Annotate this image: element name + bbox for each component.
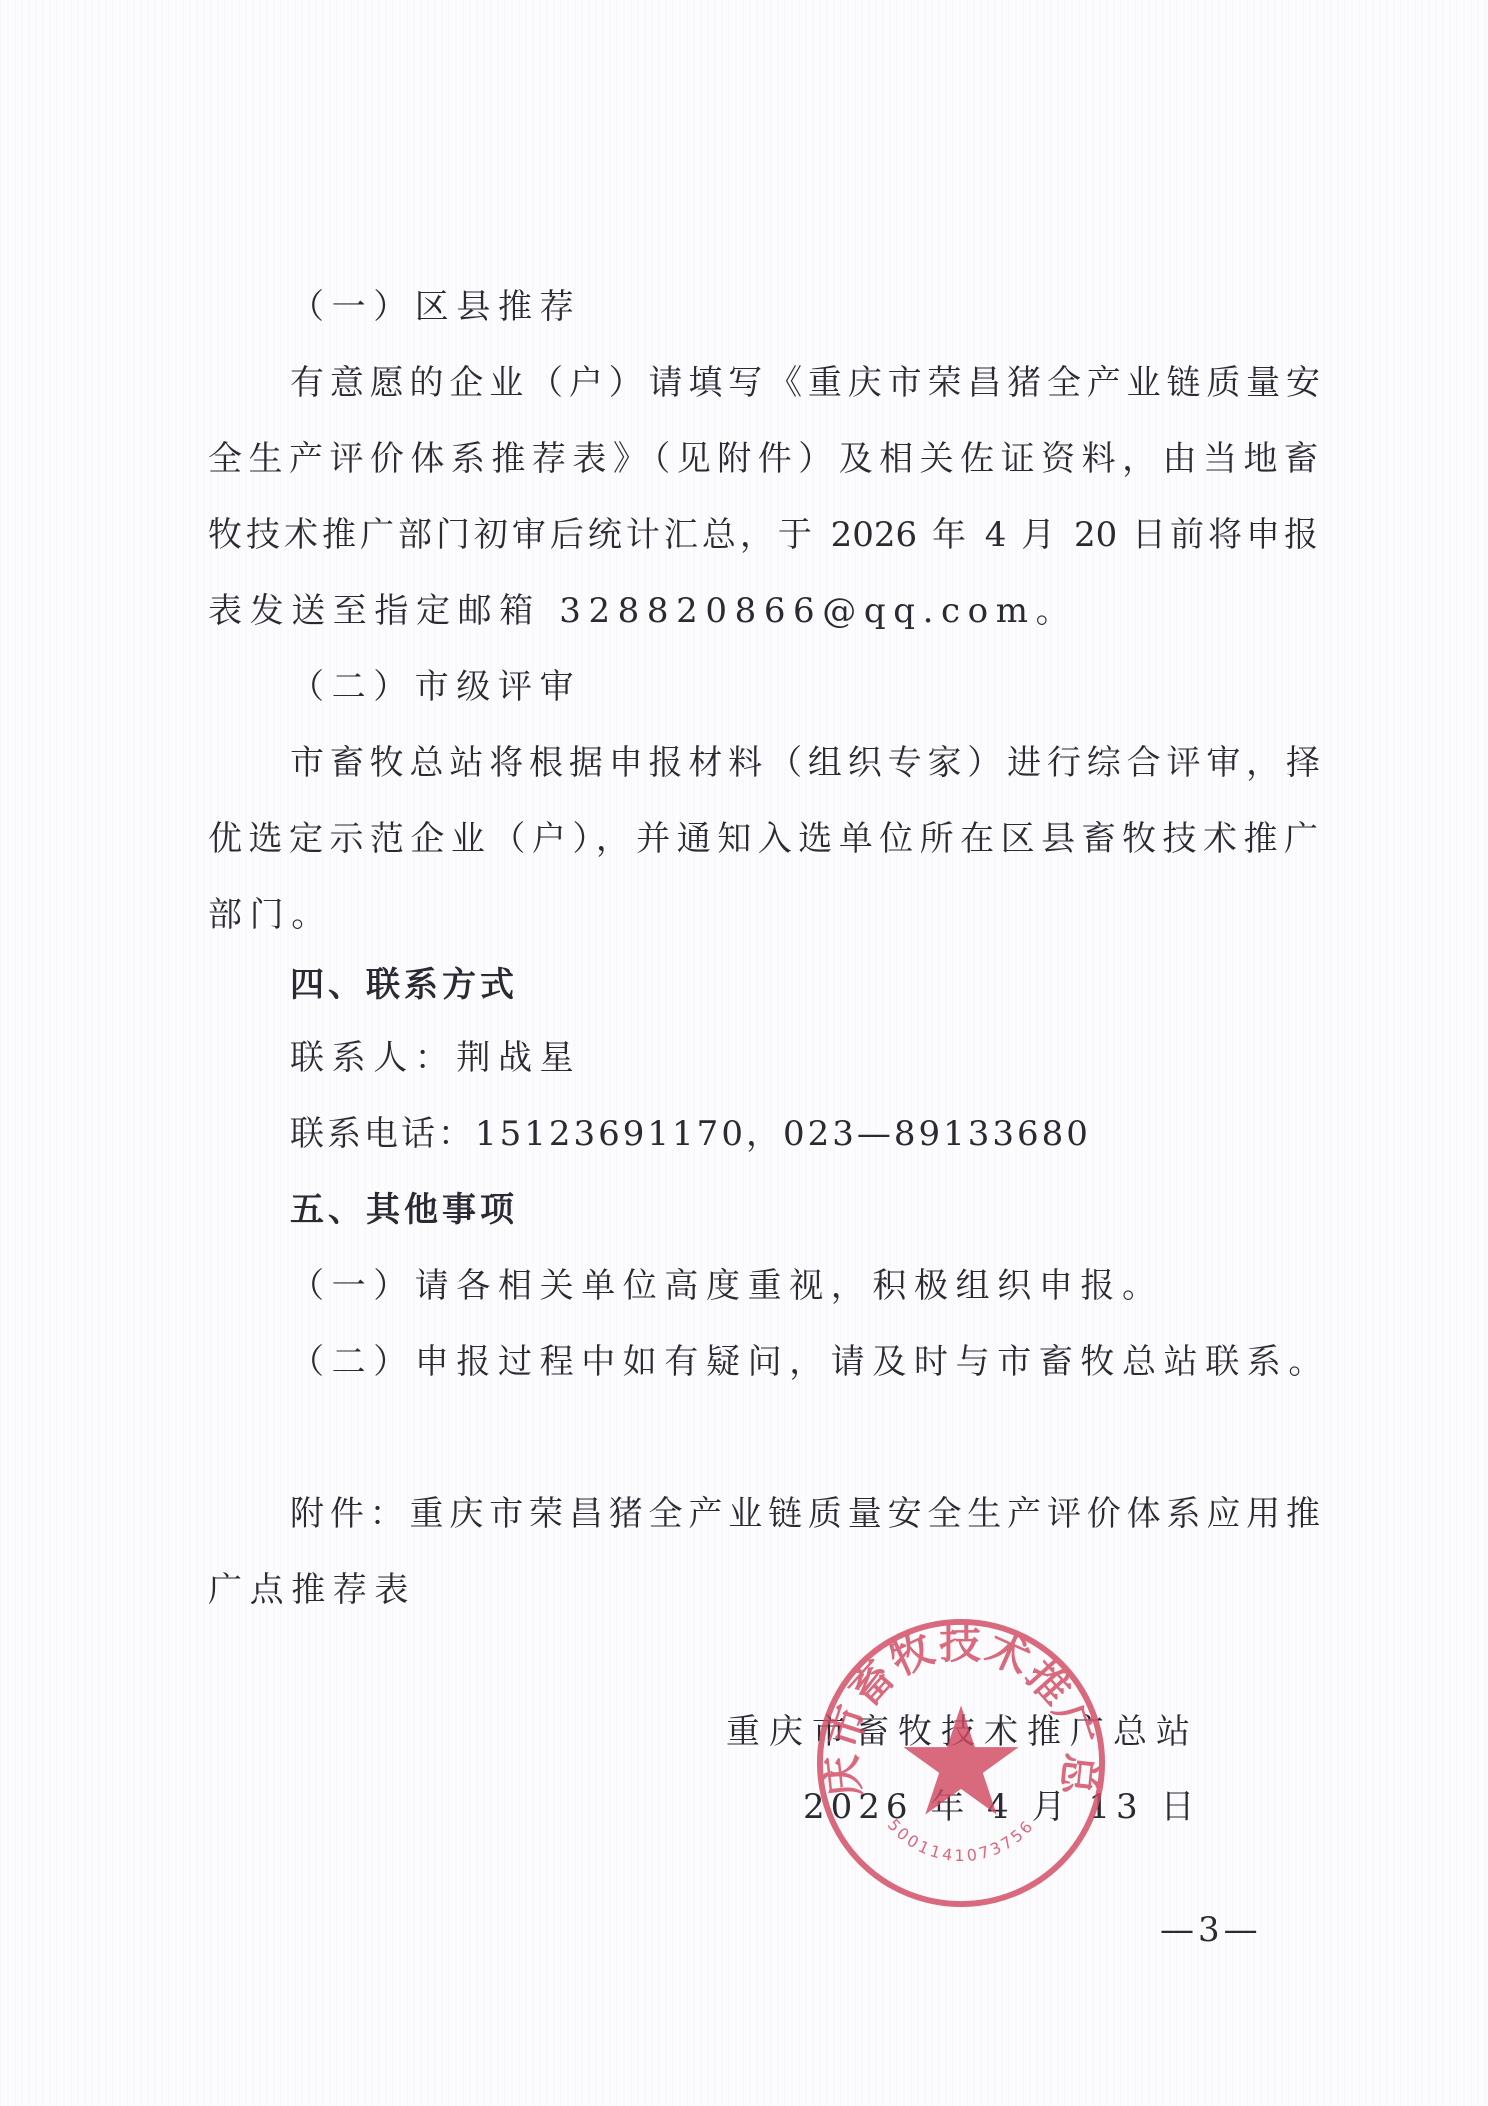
svg-text:重庆市畜牧技术推广总站: 重庆市畜牧技术推广总站	[812, 1614, 1106, 1800]
section-heading-city-review: （二）市级评审	[290, 663, 1320, 711]
section-heading-contact: 四、联系方式	[290, 961, 1320, 1009]
paragraph-line: 全生产评价体系推荐表》（见附件）及相关佐证资料，由当地畜	[208, 435, 1318, 483]
contact-person: 联系人：荆战星	[290, 1034, 1320, 1082]
signature-organization: 重庆市畜牧技术推广总站	[726, 1708, 1199, 1756]
section-heading-other: 五、其他事项	[290, 1186, 1320, 1234]
official-seal-icon: 重庆市畜牧技术推广总站 5001141073756	[812, 1614, 1110, 1912]
paragraph-line: 市畜牧总站将根据申报材料（组织专家）进行综合评审，择	[290, 739, 1320, 787]
paragraph-line: 有意愿的企业（户）请填写《重庆市荣昌猪全产业链质量安	[290, 359, 1320, 407]
page-number: —3—	[1160, 1906, 1262, 1954]
other-item: （一）请各相关单位高度重视，积极组织申报。	[290, 1262, 1320, 1310]
contact-phone: 联系电话：15123691170，023—89133680	[290, 1110, 1320, 1158]
paragraph-line: 牧技术推广部门初审后统计汇总，于 2026 年 4 月 20 日前将申报	[208, 511, 1318, 559]
paragraph-line-email: 表发送至指定邮箱 328820866@qq.com。	[208, 587, 1318, 635]
section-heading-county-recommend: （一）区县推荐	[290, 283, 1320, 331]
signature-date: 2026 年 4 月 13 日	[803, 1783, 1200, 1831]
paragraph-line: 部门。	[208, 891, 1318, 939]
paragraph-line: 优选定示范企业（户），并通知入选单位所在区县畜牧技术推广	[208, 815, 1318, 863]
attachment-line: 广点推荐表	[208, 1566, 1318, 1614]
other-item: （二）申报过程中如有疑问，请及时与市畜牧总站联系。	[290, 1338, 1320, 1386]
document-page: （一）区县推荐 有意愿的企业（户）请填写《重庆市荣昌猪全产业链质量安 全生产评价…	[0, 0, 1488, 2106]
attachment-line: 附件：重庆市荣昌猪全产业链质量安全生产评价体系应用推	[290, 1490, 1320, 1538]
